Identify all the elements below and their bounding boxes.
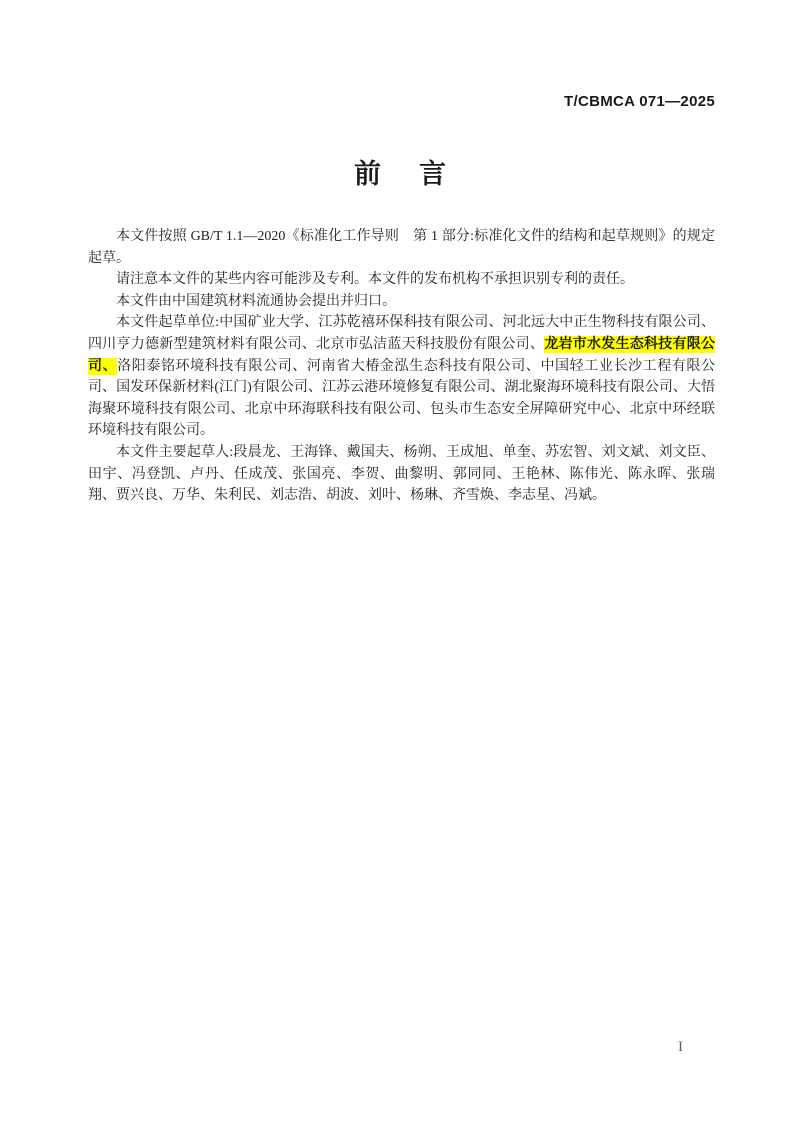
paragraph-drafting-basis: 本文件按照 GB/T 1.1—2020《标准化工作导则 第 1 部分:标准化文件… [88, 226, 715, 269]
standard-number: T/CBMCA 071—2025 [564, 93, 715, 110]
document-page: T/CBMCA 071—2025 前 言 本文件按照 GB/T 1.1—2020… [0, 0, 800, 1131]
page-number: I [678, 1039, 683, 1056]
paragraph-issuing-org: 本文件由中国建筑材料流通协会提出并归口。 [88, 291, 715, 313]
paragraph-drafting-units: 本文件起草单位:中国矿业大学、江苏乾禧环保科技有限公司、河北远大中正生物科技有限… [88, 312, 715, 442]
paragraph-drafters: 本文件主要起草人:段晨龙、王海锋、戴国夫、杨朔、王成旭、单奎、苏宏智、刘文斌、刘… [88, 442, 715, 507]
foreword-body: 本文件按照 GB/T 1.1—2020《标准化工作导则 第 1 部分:标准化文件… [88, 226, 715, 507]
title-char-2: 言 [419, 156, 446, 192]
title-char-1: 前 [354, 156, 381, 192]
paragraph-patent-notice: 请注意本文件的某些内容可能涉及专利。本文件的发布机构不承担识别专利的责任。 [88, 269, 715, 291]
page-title: 前 言 [0, 156, 800, 192]
drafting-units-text-after: 洛阳泰铭环境科技有限公司、河南省大椿金泓生态科技有限公司、中国轻工业长沙工程有限… [88, 359, 715, 439]
